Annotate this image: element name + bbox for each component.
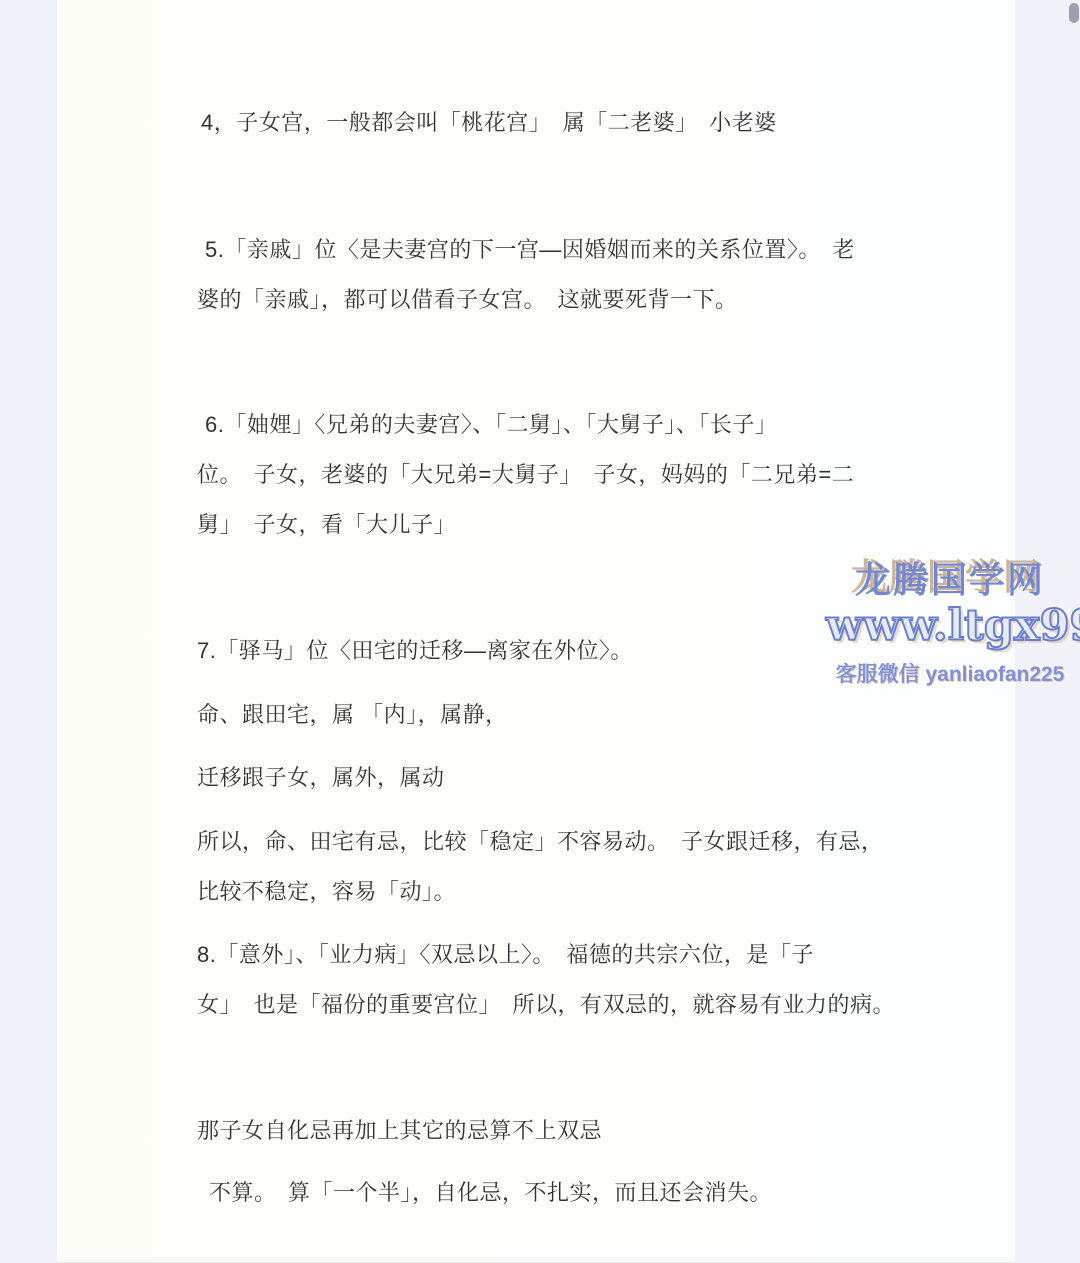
paragraph-item-8: 8.「意外」、「业力病」〈双忌以上〉。 福德的共宗六位，是「子 女」 也是「福份…: [197, 930, 921, 1030]
paragraph-answer: 不算。 算「一个半」，自化忌，不扎实，而且还会消失。: [197, 1168, 921, 1218]
paragraph-item-7-conclusion: 所以，命、田宅有忌，比较「稳定」不容易动。 子女跟迁移，有忌， 比较不稳定，容易…: [197, 817, 921, 917]
paragraph-question: 那子女自化忌再加上其它的忌算不上双忌: [197, 1106, 921, 1156]
paragraph-item-7-line-inner: 命、跟田宅，属 「内」，属静，: [197, 690, 921, 740]
paragraph-item-4: 4，子女宫，一般都会叫「桃花宫」 属「二老婆」 小老婆: [197, 98, 921, 148]
paragraph-item-5: 5.「亲戚」位〈是夫妻宫的下一宫—因婚姻而来的关系位置〉。 老 婆的「亲戚」，都…: [197, 225, 921, 325]
screen: 4，子女宫，一般都会叫「桃花宫」 属「二老婆」 小老婆 5.「亲戚」位〈是夫妻宫…: [0, 0, 1080, 1263]
scrollbar-thumb[interactable]: [1069, 3, 1079, 23]
paragraph-item-7-line-outer: 迁移跟子女，属外，属动: [197, 753, 921, 803]
document-page: 4，子女宫，一般都会叫「桃花宫」 属「二老婆」 小老婆 5.「亲戚」位〈是夫妻宫…: [57, 0, 1015, 1263]
paragraph-item-6: 6.「妯娌」〈兄弟的夫妻宫〉、「二舅」、「大舅子」、「长子」 位。 子女，老婆的…: [197, 400, 921, 550]
paragraph-item-7: 7.「驿马」位〈田宅的迁移—离家在外位〉。: [197, 626, 921, 676]
